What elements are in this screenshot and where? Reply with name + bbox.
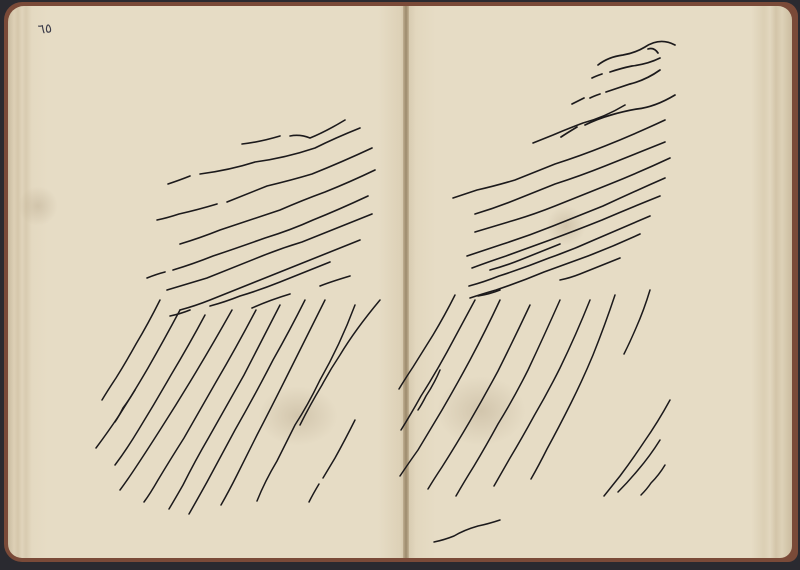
left-upper-text-block: [147, 120, 375, 316]
right-upper-text-block: [453, 105, 670, 298]
calligraphy-text: [0, 0, 800, 570]
open-manuscript: ٦٥: [0, 0, 800, 570]
right-lower-text-block: [399, 290, 670, 496]
left-lower-text-block: [96, 300, 380, 514]
right-colophon-line: [434, 520, 500, 542]
